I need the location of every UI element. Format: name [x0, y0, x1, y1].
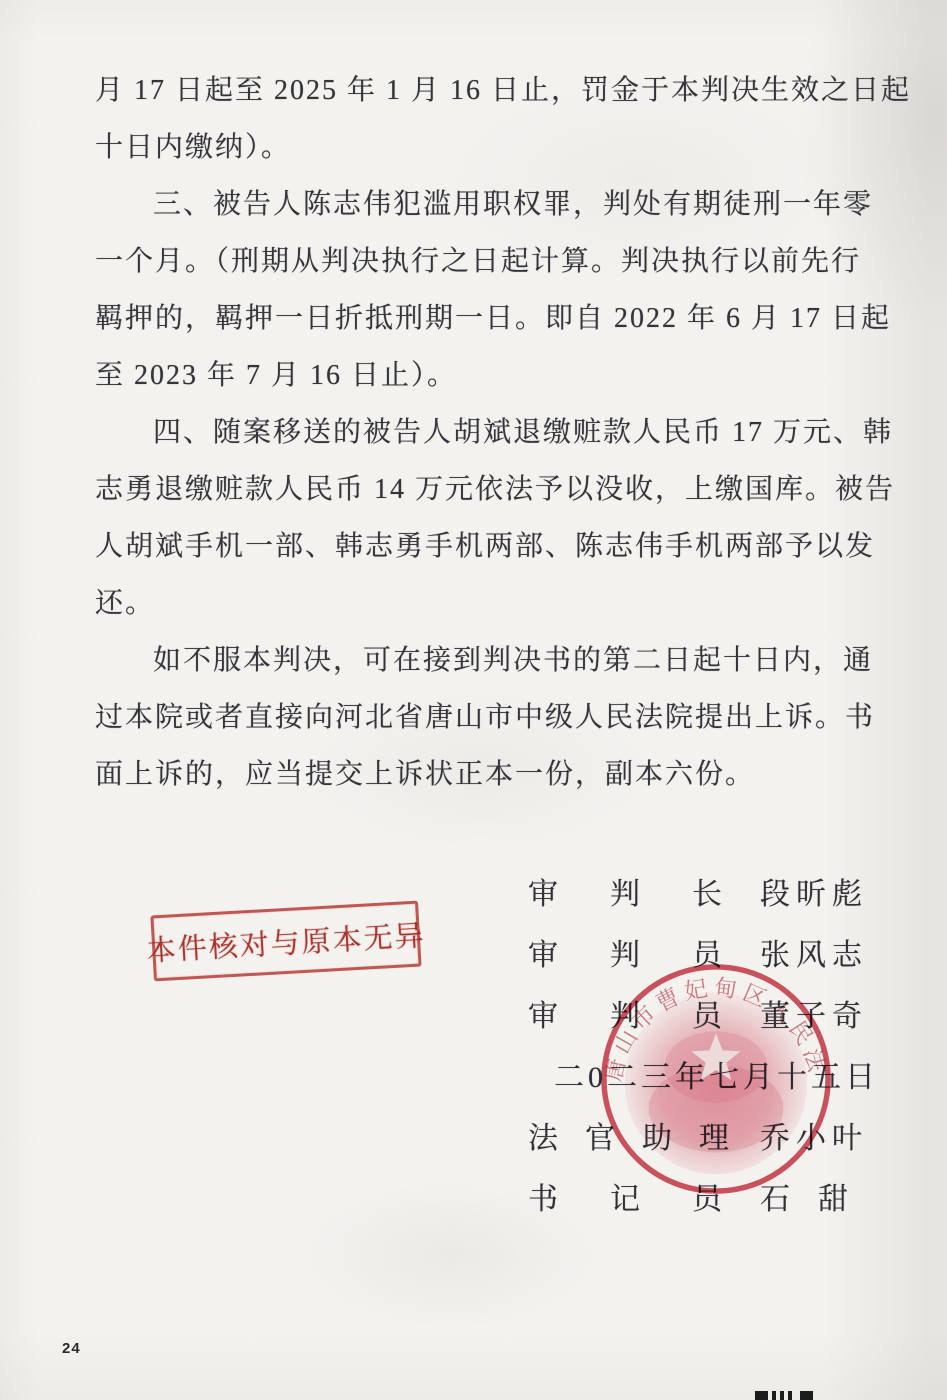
- body-line: 还。: [95, 575, 885, 632]
- body-line: 志勇退缴赃款人民币 14 万元依法予以没收，上缴国库。被告: [95, 461, 885, 518]
- body-line: 四、随案移送的被告人胡斌退缴赃款人民币 17 万元、韩: [95, 404, 885, 461]
- qr-bits: [772, 1391, 796, 1400]
- body-line: 月 17 日起至 2025 年 1 月 16 日止，罚金于本判决生效之日起: [95, 62, 885, 119]
- body-line: 至 2023 年 7 月 16 日止）。: [95, 347, 885, 404]
- qr-code-fragment: [755, 1391, 813, 1400]
- body-line: 羁押的，羁押一日折抵刑期一日。即自 2022 年 6 月 17 日起: [95, 290, 885, 347]
- body-line: 三、被告人陈志伟犯滥用职权罪，判处有期徒刑一年零: [95, 176, 885, 233]
- body-text: 月 17 日起至 2025 年 1 月 16 日止，罚金于本判决生效之日起十日内…: [95, 62, 885, 803]
- body-line: 如不服本判决，可在接到判决书的第二日起十日内，通: [95, 632, 885, 689]
- page-number: 24: [62, 1340, 81, 1357]
- body-line: 十日内缴纳）。: [95, 119, 885, 176]
- signature-role: 审判长: [528, 869, 760, 913]
- qr-eye-right: [800, 1391, 813, 1400]
- scanned-judgment-page: 月 17 日起至 2025 年 1 月 16 日止，罚金于本判决生效之日起十日内…: [0, 0, 947, 1400]
- verification-stamp-text: 本件核对与原本无异: [146, 913, 427, 970]
- body-line: 人胡斌手机一部、韩志勇手机两部、陈志伟手机两部予以发: [95, 518, 885, 575]
- body-line: 过本院或者直接向河北省唐山市中级人民法院提出上诉。书: [95, 689, 885, 746]
- body-line: 面上诉的，应当提交上诉状正本一份，副本六份。: [95, 746, 885, 803]
- body-line: 一个月。（刑期从判决执行之日起计算。判决执行以前先行: [95, 233, 885, 290]
- verification-stamp: 本件核对与原本无异: [150, 901, 421, 982]
- signature-name: 段昕彪: [760, 869, 868, 913]
- qr-eye-left: [755, 1391, 768, 1400]
- court-seal: 唐山市曹妃甸区人民法院: [597, 960, 835, 1198]
- court-seal-graphic: 唐山市曹妃甸区人民法院: [597, 960, 831, 1191]
- signature-row: 审判长段昕彪: [528, 860, 928, 921]
